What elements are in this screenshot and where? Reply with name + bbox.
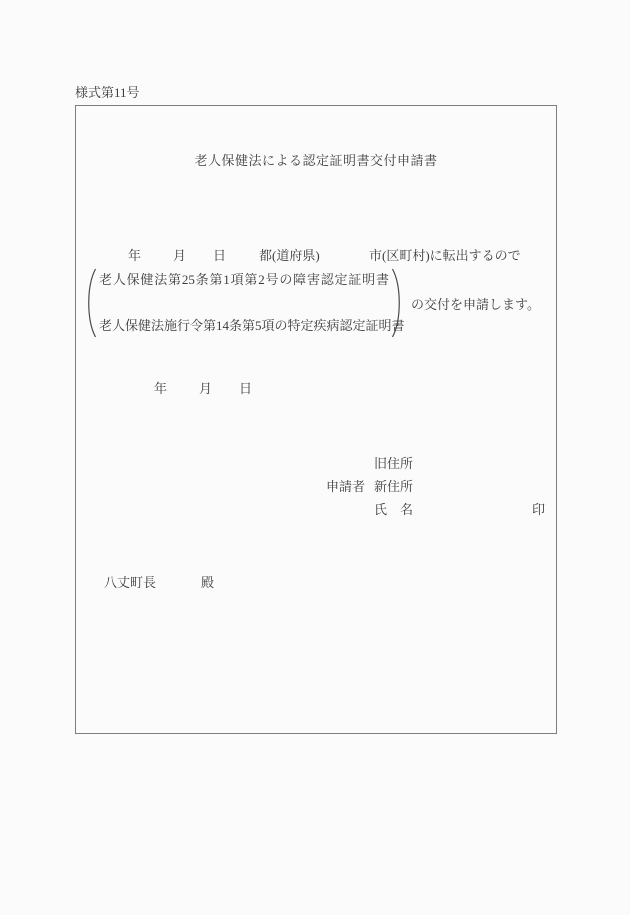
name-label: 氏 名 [374, 499, 413, 518]
certificate-lines: 老人保健法第25条第1項第2号の障害認定証明書 老人保健法施行令第14条第5項の… [99, 272, 389, 334]
addressee-honorific: 殿 [201, 572, 214, 591]
document-page: 様式第11号 老人保健法による認定証明書交付申請書 年 月 日 都(道府県) 市… [0, 0, 630, 915]
application-month-label: 月 [199, 378, 212, 397]
city-transfer-clause: 市(区町村)に転出するので [369, 245, 521, 264]
new-address-label: 新住所 [374, 476, 413, 495]
left-parenthesis-icon [84, 268, 97, 338]
request-clause: の交付を申請します。 [411, 294, 540, 313]
transfer-month-label: 月 [173, 245, 186, 264]
certificate-line-specified-disease: 老人保健法施行令第14条第5項の特定疾病認定証明書 [99, 318, 389, 334]
transfer-year-label: 年 [128, 245, 141, 264]
applicant-section-label: 申請者 [326, 476, 365, 495]
addressee-recipient: 八丈町長 [104, 572, 156, 591]
form-frame: 老人保健法による認定証明書交付申請書 年 月 日 都(道府県) 市(区町村)に転… [75, 105, 557, 734]
prefecture-label: 都(道府県) [259, 245, 320, 264]
application-day-label: 日 [239, 378, 252, 397]
transfer-day-label: 日 [213, 245, 226, 264]
form-number: 様式第11号 [75, 82, 140, 101]
certificate-line-disability: 老人保健法第25条第1項第2号の障害認定証明書 [99, 272, 389, 288]
certificate-options: 老人保健法第25条第1項第2号の障害認定証明書 老人保健法施行令第14条第5項の… [84, 268, 540, 338]
application-year-label: 年 [154, 378, 167, 397]
old-address-label: 旧住所 [374, 453, 413, 472]
seal-label: 印 [532, 499, 545, 518]
form-title: 老人保健法による認定証明書交付申請書 [76, 150, 556, 169]
right-parenthesis-icon [391, 268, 404, 338]
